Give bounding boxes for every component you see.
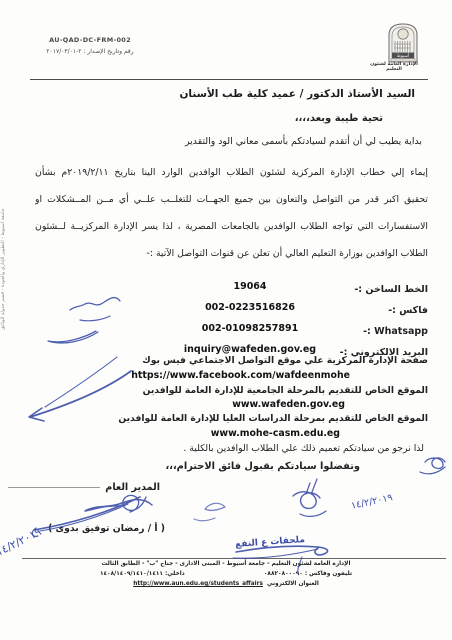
opening-line: بداية يطيب لي أن أتقدم لسيادتكم بأسمى مع… bbox=[185, 136, 422, 147]
body-line: الطلاب الوافدين بوزارة التعليم العالي أن… bbox=[35, 240, 428, 267]
hotline-value: 19064 bbox=[155, 276, 345, 297]
body-line: إيماء إلي خطاب الإدارة المركزية لشئون ال… bbox=[35, 159, 428, 186]
postgrad-site-caption: الموقع الخاص للتقديم بمرحلة الدراسات الع… bbox=[118, 413, 428, 424]
university-emblem-icon: أسيوط bbox=[386, 21, 420, 63]
facebook-caption: صفحة الإدارة المركزية علي موقع التواصل ا… bbox=[142, 355, 428, 366]
footer-phones: تليفون وفاكس : ٠٨٨٢٠٨٠٠٠٩٠ داخلي: ١٤٠٨/١… bbox=[0, 571, 452, 577]
closing-line: وتفضلوا سيادتكم بقبول فائق الاحترام،،، bbox=[166, 461, 361, 472]
signatory-title: المدير العام bbox=[105, 482, 160, 493]
footer-website-row: العنوان الالكتروني http://www.aun.edu.eg… bbox=[0, 581, 452, 587]
university-logo: أسيوط bbox=[386, 21, 420, 63]
footer-phone: تليفون وفاكس : ٠٨٨٢٠٨٠٠٠٩٠ bbox=[264, 571, 352, 577]
middle-initials-scribble bbox=[194, 503, 225, 521]
footer-website-label: العنوان الالكتروني bbox=[267, 581, 319, 587]
facebook-url: https://www.facebook.com/wafdeenmohe bbox=[131, 370, 350, 381]
footer-divider bbox=[22, 558, 446, 559]
mid-right-signature-scribble bbox=[293, 479, 326, 516]
contact-row-hotline: الخط الساخن :- 19064 bbox=[35, 276, 428, 297]
contact-row-whatsapp: Whatsapp :- 002-01098257891 bbox=[35, 318, 428, 339]
body-paragraph: إيماء إلي خطاب الإدارة المركزية لشئون ال… bbox=[35, 159, 428, 267]
whatsapp-label: Whatsapp :- bbox=[363, 326, 428, 337]
signatory-name: ( أ / رمضان توفيق بدوى ) bbox=[48, 523, 165, 534]
addressee-line: السيد الأستاذ الدكتور / عميد كلية طب الأ… bbox=[179, 88, 415, 100]
contact-channels-list: الخط الساخن :- 19064 فاكس :- 002-0223516… bbox=[35, 276, 428, 360]
postgrad-site-url: www.mohe-casm.edu.eg bbox=[211, 428, 340, 439]
form-code: AU-QAD-DC-FRM-002 bbox=[28, 36, 152, 44]
bottom-right-initials-scribble bbox=[420, 458, 445, 474]
footer-flourish-scribble bbox=[233, 546, 328, 573]
request-line: لذا نرجو من سيادتكم تعميم ذلك علي الطلاب… bbox=[183, 443, 424, 454]
issue-number-date: رقم وتاريخ الإصدار : ٢-٢٠١٧/٠٣/٠١ bbox=[22, 48, 158, 55]
header-divider bbox=[30, 79, 428, 80]
contact-row-fax: فاكس :- 002-0223516826 bbox=[35, 297, 428, 318]
hotline-label: الخط الساخن :- bbox=[354, 284, 428, 295]
side-vertical-text: جامعة أسيوط - التطوير الإداري والجودة - … bbox=[1, 208, 6, 346]
handwritten-note-right: ملحقات ع النفع bbox=[235, 535, 305, 550]
scanned-letter-page: AU-QAD-DC-FRM-002 رقم وتاريخ الإصدار : ٢… bbox=[0, 0, 452, 640]
body-line: الاستفسارات التي تواجه الطلاب الوافدين ب… bbox=[35, 213, 428, 240]
undergrad-site-url: www.wafeden.gov.eg bbox=[232, 399, 345, 410]
handwritten-date-signature: ١٤/٢/٢٠١٩ bbox=[0, 525, 43, 559]
signature-divider bbox=[8, 487, 100, 488]
footer-address: الإدارة العامة لشئون التعليم - جامعة أسي… bbox=[0, 561, 452, 567]
fax-label: فاكس :- bbox=[388, 305, 428, 316]
handwritten-date-bottom-right: ١٤/٢/٢٠١٩ bbox=[350, 492, 393, 512]
logo-caption: الإدارة العامة لشئون التعليم bbox=[362, 62, 426, 72]
greeting-line: تحية طيبة وبعد،،،، bbox=[295, 113, 383, 124]
body-line: تحقيق اكبر قدر من التواصل والتعاون بين ج… bbox=[35, 186, 428, 213]
footer-website-url: http://www.aun.edu.eg/students_affairs bbox=[133, 581, 263, 587]
fax-value: 002-0223516826 bbox=[155, 297, 345, 318]
footer-extensions: داخلي: ١٤٠٨/١٤٠٩/١٤١٠/١٤١١ bbox=[100, 571, 185, 577]
logo-band-text: أسيوط bbox=[397, 52, 410, 59]
undergrad-site-caption: الموقع الخاص للتقديم بالمرحلة الجامعية ل… bbox=[143, 385, 428, 396]
whatsapp-value: 002-01098257891 bbox=[155, 318, 345, 339]
